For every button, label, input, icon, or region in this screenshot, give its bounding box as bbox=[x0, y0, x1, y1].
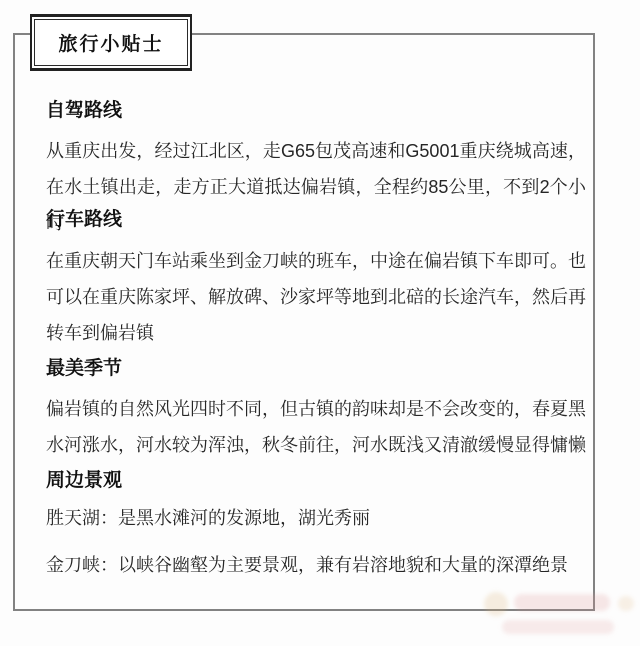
paragraph-shengtian-lake: 胜天湖：是黑水滩河的发源地，湖光秀丽 bbox=[46, 500, 586, 536]
title-box: 旅行小贴士 bbox=[30, 14, 192, 71]
travel-tips-card: 旅行小贴士 自驾路线 从重庆出发，经过江北区，走G65包茂高速和G5001重庆绕… bbox=[0, 0, 640, 646]
paragraph-bus-route: 在重庆朝天门车站乘坐到金刀峡的班车，中途在偏岩镇下车即可。也可以在重庆陈家坪、解… bbox=[46, 243, 586, 351]
paragraph-jindao-gorge: 金刀峡：以峡谷幽壑为主要景观，兼有岩溶地貌和大量的深潭绝景 bbox=[46, 547, 586, 583]
heading-nearby-sights: 周边景观 bbox=[46, 469, 586, 493]
heading-best-season: 最美季节 bbox=[46, 357, 586, 381]
page-title: 旅行小贴士 bbox=[58, 29, 163, 56]
heading-bus-route: 行车路线 bbox=[46, 208, 586, 232]
watermark-mark-blur bbox=[618, 596, 634, 611]
paragraph-best-season: 偏岩镇的自然风光四时不同，但古镇的韵味却是不会改变的，春夏黑水河涨水，河水较为浑… bbox=[46, 391, 586, 463]
watermark-text-blur bbox=[502, 620, 614, 634]
heading-self-driving-route: 自驾路线 bbox=[46, 99, 586, 123]
